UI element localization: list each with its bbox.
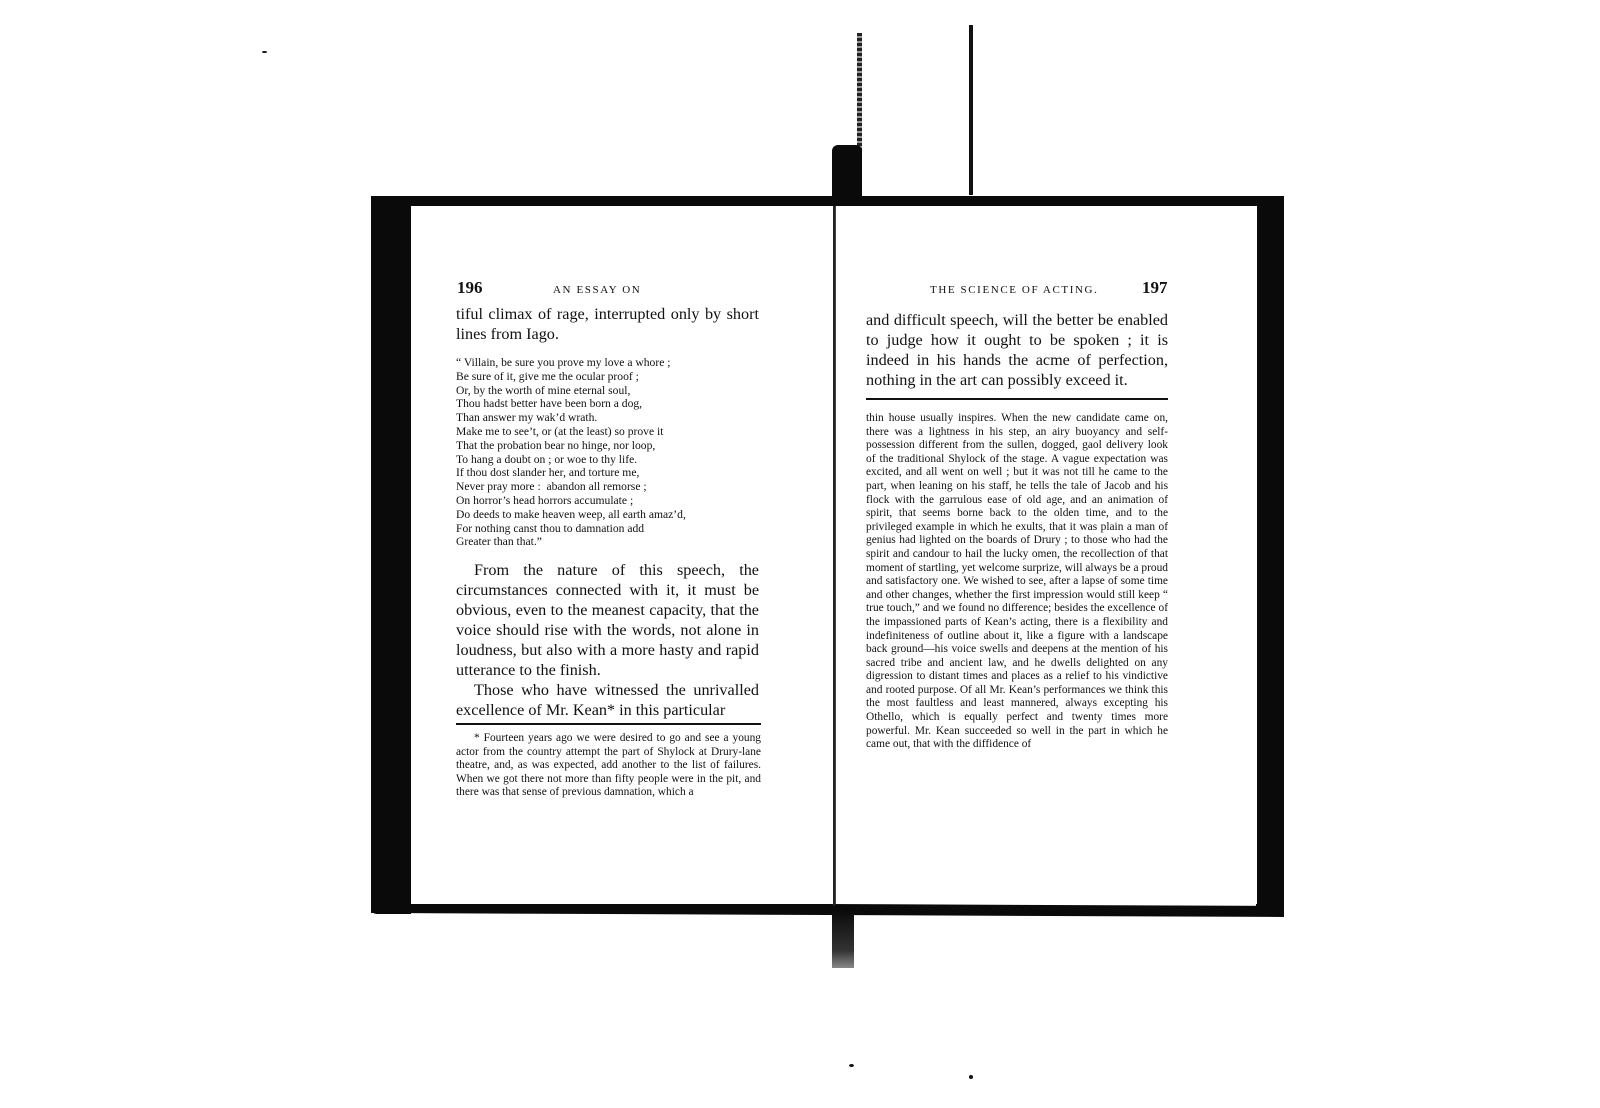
running-head-left: AN ESSAY ON [553,284,641,296]
body-paragraph: From the nature of this speech, the circ… [456,560,759,680]
footnote-text: * Fourteen years ago we were desired to … [456,732,761,800]
page-number-right: 197 [1142,278,1168,298]
verse-line: Be sure of it, give me the ocular proof … [456,370,639,383]
footnote-rule [866,398,1168,400]
verse-line: Than answer my wak’d wrath. [456,411,597,424]
book-cover-right-edge [1256,196,1284,914]
right-opening-paragraph: and difficult speech, will the better be… [866,310,1168,390]
verse-line: To hang a doubt on ; or woe to thy life. [456,453,637,466]
book-cover-top-edge [371,196,1284,206]
verse-line: Or, by the worth of mine eternal soul, [456,384,630,397]
verse-line: If thou dost slander her, and torture me… [456,466,639,479]
verse-line: That the probation bear no hinge, nor lo… [456,439,655,452]
book-cover-bottom-edge [371,902,1284,917]
othello-verse-quote: “ Villain, be sure you prove my love a w… [456,356,686,549]
verse-line: For nothing canst thou to damnation add [456,522,644,535]
right-page: THE SCIENCE OF ACTING. 197 and difficult… [835,206,1257,904]
verse-line: Greater than that.” [456,535,542,548]
book-spine-bottom [832,910,854,968]
verse-line: On horror’s head horrors accumulate ; [456,494,633,507]
left-page: 196 AN ESSAY ON tiful climax of rage, in… [411,206,832,904]
verse-line: “ Villain, be sure you prove my love a w… [456,356,670,369]
book-cover-left-edge [371,196,411,914]
body-paragraph: Those who have witnessed the unrivalled … [456,680,759,720]
body-paragraph: and difficult speech, will the better be… [866,310,1168,390]
scanned-book-spread: 196 AN ESSAY ON tiful climax of rage, in… [0,0,1600,1108]
verse-line: Make me to see’t, or (at the least) so p… [456,425,663,438]
footnote-continued: thin house usually inspires. When the ne… [866,412,1168,752]
scan-speck [262,51,267,53]
book-spine-top [832,145,862,203]
footnote-rule [456,723,761,725]
scan-artifact-bookmark-line [969,25,973,195]
scan-speck [969,1075,973,1079]
left-body-paragraphs: From the nature of this speech, the circ… [456,560,759,720]
verse-line: Thou hadst better have been born a dog, [456,397,642,410]
scan-speck [849,1064,854,1067]
page-number-left: 196 [457,278,483,298]
opening-paragraph: tiful climax of rage, interrupted only b… [456,304,759,344]
book-gutter [833,206,835,906]
footnote-text: thin house usually inspires. When the ne… [866,412,1168,752]
verse-line: Do deeds to make heaven weep, all earth … [456,508,686,521]
left-opening-lines: tiful climax of rage, interrupted only b… [456,304,759,344]
running-head-right: THE SCIENCE OF ACTING. [930,284,1098,296]
footnote: * Fourteen years ago we were desired to … [456,732,761,800]
verse-line: Never pray more : abandon all remorse ; [456,480,647,493]
